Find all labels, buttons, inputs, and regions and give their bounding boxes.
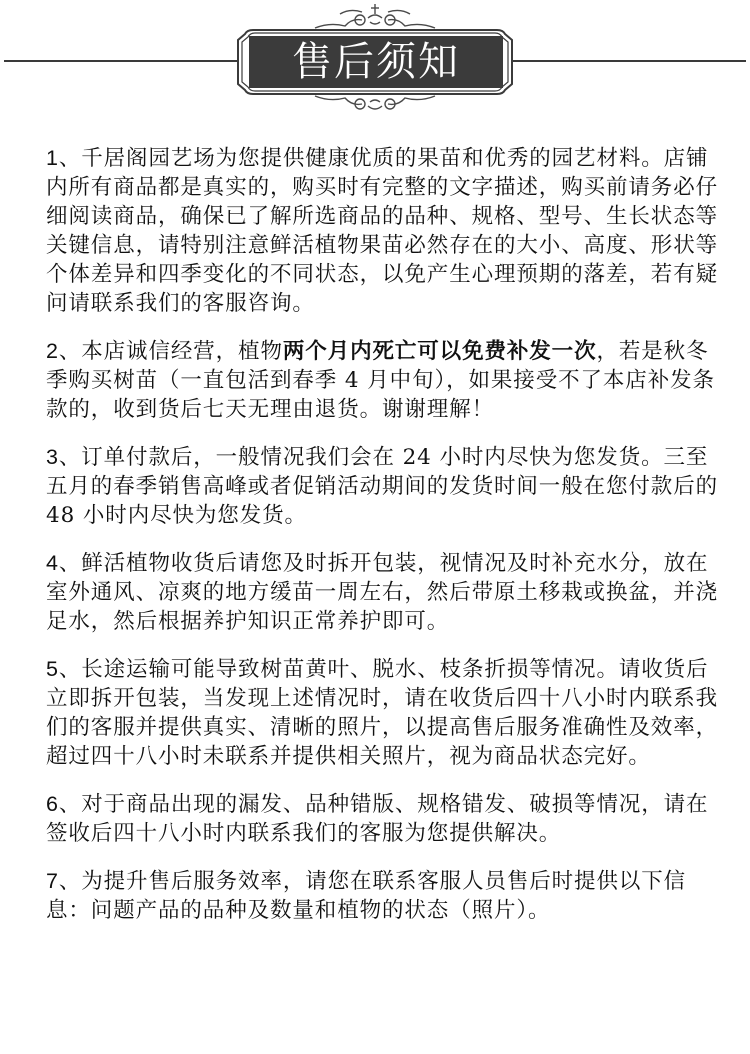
notice-text: 、为提升售后服务效率，请您在联系客服人员售后时提供以下信息：问题产品的品种及数量… [46,869,686,923]
notice-item-5: 5、长途运输可能导致树苗黄叶、脱水、枝条折损等情况。请收货后立即拆开包装，当发现… [46,655,726,771]
notice-number: 4 [46,551,59,575]
notice-text-emphasis: 两个月内死亡可以免费补发一次 [283,339,597,364]
notice-text: 、订单付款后，一般情况我们会在 24 小时内尽快为您发货。三至五月的春季销售高峰… [46,445,718,528]
notice-number: 3 [46,445,59,469]
notice-text: 、长途运输可能导致树苗黄叶、脱水、枝条折损等情况。请收货后立即拆开包装，当发现上… [46,657,718,769]
header: 售后须知 [0,0,750,120]
notice-number: 5 [46,657,59,681]
notice-number: 1 [46,146,59,170]
page-title: 售后须知 [292,42,460,82]
notice-number: 2 [46,339,59,363]
notice-text: 、对于商品出现的漏发、品种错版、规格错发、破损等情况，请在签收后四十八小时内联系… [46,792,708,846]
title-banner: 售后须知 [249,36,503,88]
notice-item-7: 7、为提升售后服务效率，请您在联系客服人员售后时提供以下信息：问题产品的品种及数… [46,867,726,925]
notice-number: 7 [46,869,59,893]
notice-item-4: 4、鲜活植物收货后请您及时拆开包装，视情况及时补充水分，放在室外通风、凉爽的地方… [46,549,726,636]
notice-item-1: 1、千居阁园艺场为您提供健康优质的果苗和优秀的园艺材料。店铺内所有商品都是真实的… [46,144,726,318]
notice-item-2: 2、本店诚信经营，植物两个月内死亡可以免费补发一次，若是秋冬季购买树苗（一直包活… [46,337,726,424]
notice-text: 、本店诚信经营，植物 [59,339,283,364]
notice-item-3: 3、订单付款后，一般情况我们会在 24 小时内尽快为您发货。三至五月的春季销售高… [46,443,726,530]
notice-content: 1、千居阁园艺场为您提供健康优质的果苗和优秀的园艺材料。店铺内所有商品都是真实的… [46,144,726,944]
notice-text: 、千居阁园艺场为您提供健康优质的果苗和优秀的园艺材料。店铺内所有商品都是真实的，… [46,146,718,316]
notice-item-6: 6、对于商品出现的漏发、品种错版、规格错发、破损等情况，请在签收后四十八小时内联… [46,790,726,848]
notice-number: 6 [46,792,59,816]
notice-text: 、鲜活植物收货后请您及时拆开包装，视情况及时补充水分，放在室外通风、凉爽的地方缓… [46,551,718,634]
